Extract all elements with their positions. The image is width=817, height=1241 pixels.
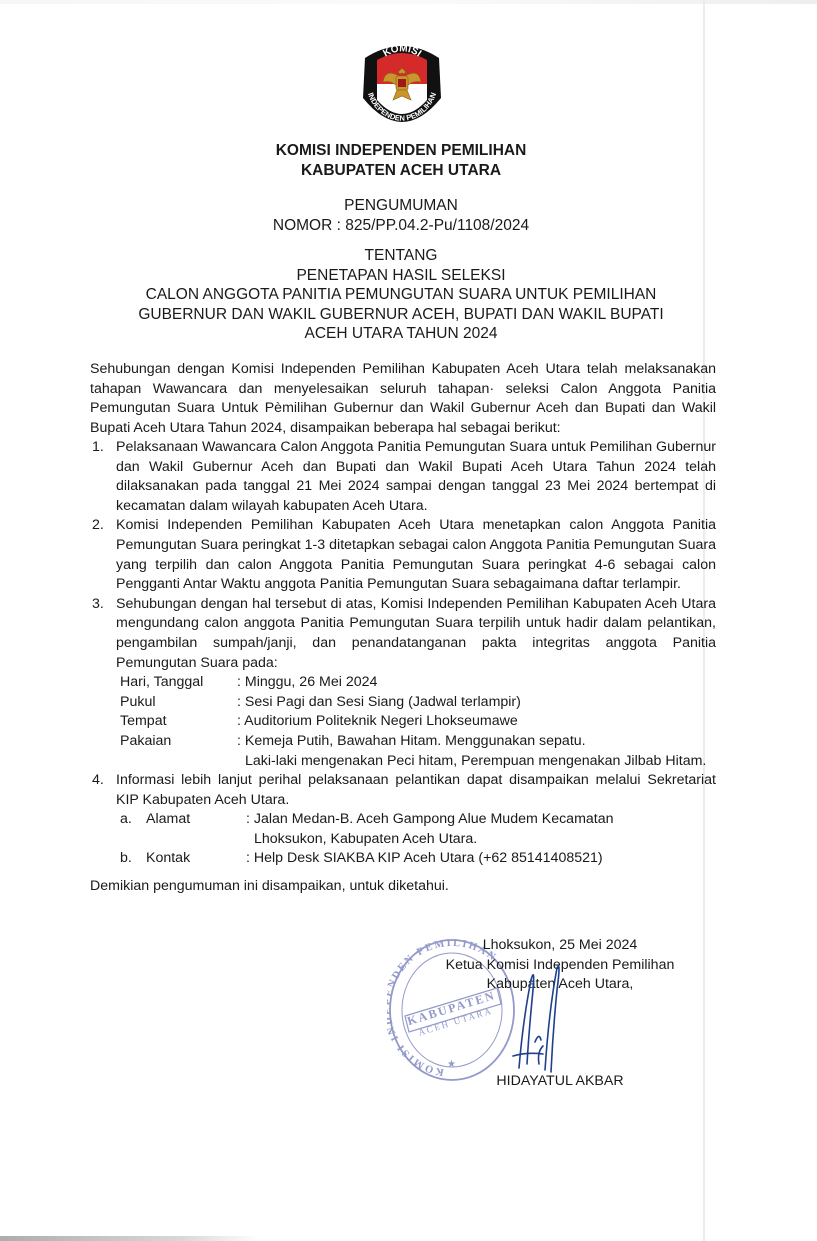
institution-line-2: KABUPATEN ACEH UTARA [80,161,722,181]
list-item: 2. Komisi Independen Pemilihan Kabupaten… [90,516,716,594]
list-item: 3. Sehubungan dengan hal tersebut di ata… [90,595,716,771]
intro-paragraph: Sehubungan dengan Komisi Independen Pemi… [90,360,716,438]
document-number: NOMOR : 825/PP.04.2-Pu/1108/2024 [80,216,722,236]
detail-value: : Minggu, 26 Mei 2024 [237,673,716,693]
detail-value: : Sesi Pagi dan Sesi Siang (Jadwal terla… [237,693,716,713]
address-value-continued: Lhoksukon, Kabupaten Aceh Utara. [246,830,716,850]
about-label: TENTANG [80,246,722,266]
subject-line: GUBERNUR DAN WAKIL GUBERNUR ACEH, BUPATI… [80,305,722,325]
subject-block: TENTANG PENETAPAN HASIL SELEKSI CALON AN… [80,246,722,344]
sub-item-label: Alamat [146,810,246,830]
list-item-text: Komisi Independen Pemilihan Kabupaten Ac… [116,517,716,592]
detail-value-continued: Laki-laki mengenakan Peci hitam, Perempu… [237,752,716,772]
handwritten-signature-icon [505,960,575,1080]
list-item-text: Pelaksanaan Wawancara Calon Anggota Pani… [116,439,716,514]
kip-logo-icon: KOMISI INDEPENDEN PEMILIHAN [357,38,447,136]
address-value: : Jalan Medan-B. Aceh Gampong Alue Mudem… [246,810,716,830]
list-item-text: Sehubungan dengan hal tersebut di atas, … [116,596,716,671]
subject-line: PENETAPAN HASIL SELEKSI [80,266,722,286]
list-item: 1. Pelaksanaan Wawancara Calon Anggota P… [90,438,716,516]
scan-top-edge [0,0,817,4]
event-details: Hari, Tanggal : Minggu, 26 Mei 2024 Puku… [116,673,716,771]
sub-item-letter: b. [120,849,146,869]
detail-label: Pukul [120,693,237,713]
subject-line: CALON ANGGOTA PANITIA PEMUNGUTAN SUARA U… [80,285,722,305]
detail-label: Tempat [120,712,237,732]
place-date: Lhoksukon, 25 Mei 2024 [430,936,690,956]
detail-label: Hari, Tanggal [120,673,237,693]
document-type-block: PENGUMUMAN NOMOR : 825/PP.04.2-Pu/1108/2… [80,196,722,236]
detail-label: Pakaian [120,732,237,752]
list-number: 3. [92,595,104,615]
announcement-list: 1. Pelaksanaan Wawancara Calon Anggota P… [90,438,716,869]
document-type: PENGUMUMAN [80,196,722,216]
detail-value: : Kemeja Putih, Bawahan Hitam. Menggunak… [237,732,716,752]
closing-sentence: Demikian pengumuman ini disampaikan, unt… [90,877,449,897]
detail-value: : Auditorium Politeknik Negeri Lhokseuma… [237,712,716,732]
contact-details: a. Alamat : Jalan Medan-B. Aceh Gampong … [116,810,716,869]
subject-line: ACEH UTARA TAHUN 2024 [80,324,722,344]
list-number: 2. [92,516,104,536]
institution-line-1: KOMISI INDEPENDEN PEMILIHAN [80,141,722,161]
list-number: 4. [92,771,104,791]
institution-heading: KOMISI INDEPENDEN PEMILIHAN KABUPATEN AC… [80,141,722,181]
scan-bottom-shadow [0,1236,260,1241]
contact-value: : Help Desk SIAKBA KIP Aceh Utara (+62 8… [246,849,716,869]
list-number: 1. [92,438,104,458]
sub-item-label: Kontak [146,849,246,869]
list-item-text: Informasi lebih lanjut perihal pelaksana… [116,772,716,808]
sub-item-letter: a. [120,810,146,830]
list-item: 4. Informasi lebih lanjut perihal pelaks… [90,771,716,869]
